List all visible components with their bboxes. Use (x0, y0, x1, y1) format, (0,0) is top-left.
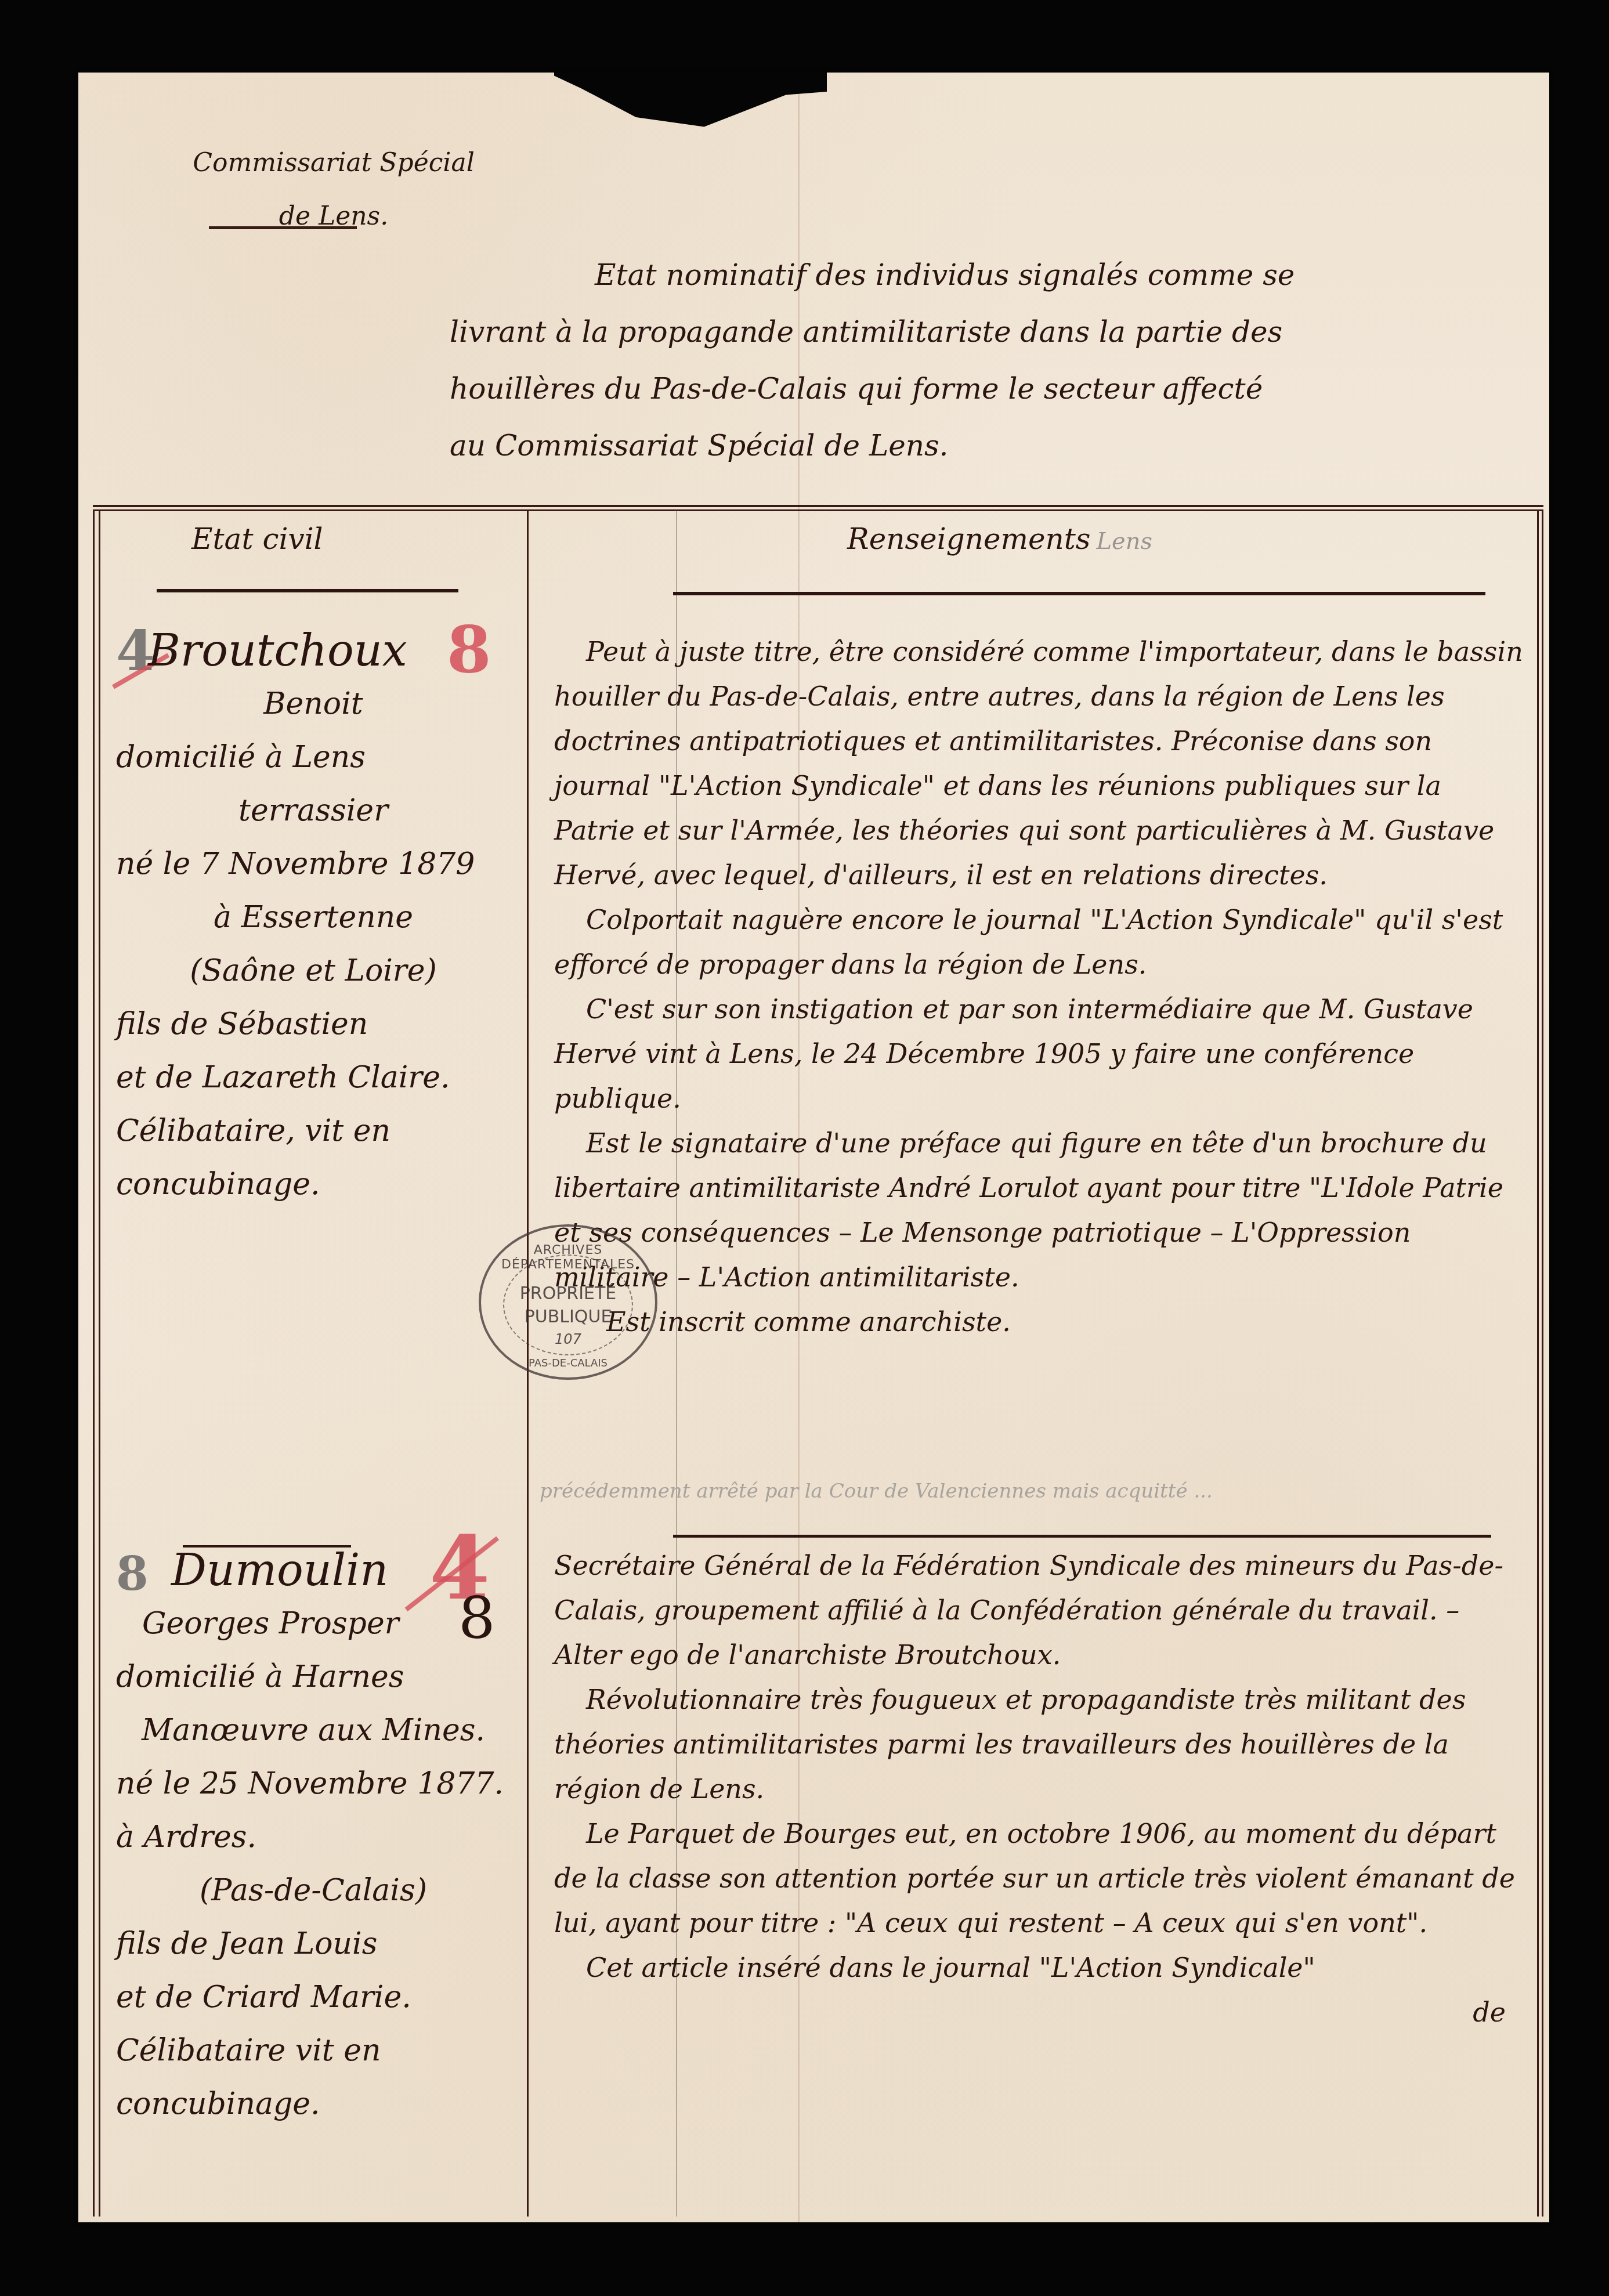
surname: Broutchoux (116, 624, 511, 677)
civil-line: à Ardres. (116, 1810, 511, 1864)
table-border-right-inner (1537, 511, 1539, 2217)
office-line-2: de Lens. (171, 190, 496, 243)
surname: Dumoulin (116, 1543, 511, 1597)
table-top-rule (93, 505, 1543, 511)
table-border-right (1542, 511, 1543, 2217)
office-underline (209, 226, 357, 229)
renseignements-broutchoux: Peut à juste titre, être considéré comme… (554, 630, 1529, 1344)
civil-line: concubinage. (116, 2077, 511, 2131)
office-line-1: Commissariat Spécial (171, 136, 496, 190)
civil-line: à Essertenne (116, 891, 511, 944)
title-line-1: Etat nominatif des individus signalés co… (450, 247, 1552, 303)
civil-line: terrassier (116, 784, 511, 837)
civil-entry-dumoulin: Dumoulin Georges Prosper domicilié à Har… (116, 1543, 511, 2131)
civil-line: Célibataire, vit en (116, 1104, 511, 1158)
civil-line: et de Criard Marie. (116, 1970, 511, 2024)
column-header-etat-civil: Etat civil (191, 522, 323, 556)
civil-line: Manœuvre aux Mines. (116, 1704, 511, 1757)
register-table: Etat civil RenseignementsLens 4 8 Broutc… (93, 505, 1543, 2217)
rens-paragraph: C'est sur son instigation et par son int… (554, 987, 1529, 1121)
civil-line: né le 25 Novembre 1877. (116, 1757, 511, 1810)
document-title: Etat nominatif des individus signalés co… (450, 247, 1552, 474)
pencil-margin-note: précédemment arrêté par la Cour de Valen… (540, 1480, 1514, 1503)
title-line-3: houillères du Pas-de-Calais qui forme le… (450, 360, 1552, 417)
civil-entry-broutchoux: Broutchoux Benoit domicilié à Lens terra… (116, 624, 511, 1211)
archives-stamp: ARCHIVES DÉPARTEMENTALES PROPRIÉTÉ PUBLI… (479, 1224, 657, 1380)
civil-line: domicilié à Lens (116, 731, 511, 784)
civil-line: (Pas-de-Calais) (116, 1864, 511, 1917)
column-header-renseignements: RenseignementsLens (847, 522, 1152, 556)
stamp-number: 107 (481, 1331, 655, 1347)
rens-paragraph: Est le signataire d'une préface qui figu… (554, 1121, 1529, 1300)
stamp-line-2: PUBLIQUE (481, 1307, 655, 1327)
stamp-arc-text: ARCHIVES DÉPARTEMENTALES (481, 1243, 655, 1272)
stamp-bottom-text: PAS-DE-CALAIS (481, 1357, 655, 1369)
rens-paragraph: Cet article inséré dans le journal "L'Ac… (554, 1946, 1529, 1990)
civil-line: (Saône et Loire) (116, 944, 511, 997)
rens-paragraph: Le Parquet de Bourges eut, en octobre 19… (554, 1812, 1529, 1946)
rens-paragraph: Est inscrit comme anarchiste. (554, 1300, 1529, 1344)
civil-line: Célibataire vit en (116, 2024, 511, 2077)
civil-line: né le 7 Novembre 1879 (116, 837, 511, 891)
renseignements-label: Renseignements (847, 522, 1090, 556)
rens-paragraph: Colportait naguère encore le journal "L'… (554, 898, 1529, 987)
civil-line: fils de Jean Louis (116, 1917, 511, 1970)
civil-line: concubinage. (116, 1158, 511, 1211)
title-line-4: au Commissariat Spécial de Lens. (450, 417, 1552, 474)
civil-line: fils de Sébastien (116, 997, 511, 1051)
header-underline-rens (673, 592, 1485, 595)
title-line-2: livrant à la propagande antimilitariste … (450, 303, 1552, 360)
civil-line: domicilié à Harnes (116, 1650, 511, 1704)
civil-line: Georges Prosper (116, 1597, 511, 1650)
rens-paragraph: Secrétaire Général de la Fédération Synd… (554, 1543, 1529, 1677)
rens-paragraph: Peut à juste titre, être considéré comme… (554, 630, 1529, 898)
table-border-left-inner (99, 511, 100, 2217)
renseignements-dumoulin: Secrétaire Général de la Fédération Synd… (554, 1543, 1529, 2035)
archival-document-page: Commissariat Spécial de Lens. Etat nomin… (78, 73, 1549, 2222)
stamp-line-1: PROPRIÉTÉ (481, 1283, 655, 1304)
rens-continuation: de (554, 1990, 1529, 2035)
table-border-left (93, 511, 95, 2217)
civil-line: Benoit (116, 677, 511, 731)
pencil-annotation: Lens (1096, 528, 1152, 555)
header-underline-civil (157, 589, 458, 592)
rens-paragraph: Révolutionnaire très fougueux et propaga… (554, 1677, 1529, 1812)
torn-edge (554, 73, 827, 136)
civil-line: et de Lazareth Claire. (116, 1051, 511, 1104)
row-separator-rens (673, 1535, 1491, 1538)
